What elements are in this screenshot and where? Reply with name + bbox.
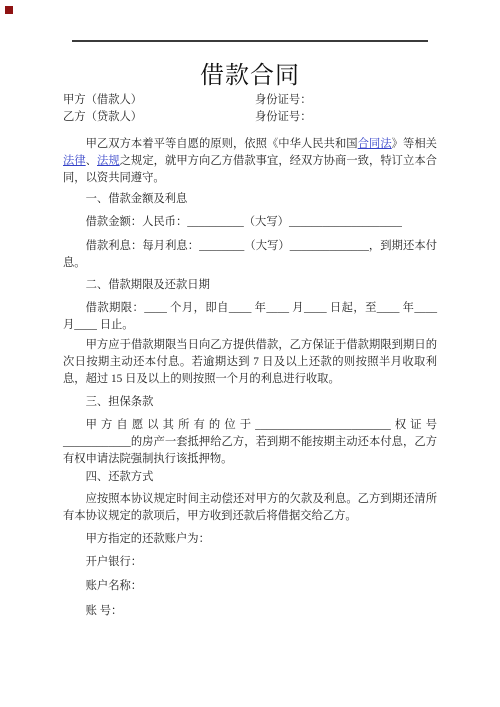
- legal-term-link[interactable]: 法规: [97, 155, 120, 167]
- repayment-obligation-paragraph: 甲方应于借款期限当日向乙方提供借款，乙方保证于借款期限到期日的次日按期主动还本付…: [63, 337, 437, 388]
- party-row-borrower: 甲方（借款人） 身份证号：: [63, 92, 437, 109]
- account-number-line: 账 号：: [63, 603, 437, 620]
- loan-interest-line: 借款利息：每月利息：________（大写）______________，到期还…: [63, 238, 437, 272]
- intro-text-segment: 甲乙双方本着平等自愿的原则，依照《中华人民共和国: [86, 138, 358, 150]
- party-a-id-label: 身份证号：: [255, 92, 312, 109]
- section-1-heading: 一、借款金额及利息: [63, 191, 437, 208]
- document-body: 甲方（借款人） 身份证号： 乙方（贷款人） 身份证号： 甲乙双方本着平等自愿的原…: [0, 92, 500, 620]
- loan-term-line: 借款期限：____ 个月，即自____ 年____ 月____ 日起，至____…: [63, 300, 437, 334]
- header-rule: [72, 40, 428, 42]
- intro-text-segment: 》等相关: [392, 138, 437, 150]
- section-2-heading: 二、借款期限及还款日期: [63, 277, 437, 294]
- party-b-label: 乙方（贷款人）: [63, 111, 142, 123]
- legal-term-link[interactable]: 合同法: [358, 138, 392, 150]
- party-a-label: 甲方（借款人）: [63, 94, 142, 106]
- repayment-account-intro: 甲方指定的还款账户为：: [63, 531, 437, 548]
- document-title: 借款合同: [0, 60, 500, 92]
- section-3-heading: 三、担保条款: [63, 394, 437, 411]
- party-b-id-label: 身份证号：: [255, 109, 312, 126]
- intro-text-segment: 、: [86, 155, 97, 167]
- intro-text-segment: 之规定，就甲方向乙方借款事宜，经双方协商一致，特订立本合同，以资共同遵守。: [63, 155, 437, 184]
- party-row-lender: 乙方（贷款人） 身份证号：: [63, 109, 437, 126]
- repayment-method-paragraph: 应按照本协议规定时间主动偿还对甲方的欠款及利息。乙方到期还清所有本协议规定的款项…: [63, 491, 437, 525]
- loan-amount-line: 借款金额：人民币：__________（大写）_________________…: [63, 214, 437, 231]
- corner-marker: [5, 6, 13, 14]
- legal-term-link[interactable]: 法律: [63, 155, 86, 167]
- bank-line: 开户银行：: [63, 554, 437, 571]
- guarantee-paragraph: 甲方自愿以其所有的位于________________________权证号__…: [63, 417, 437, 468]
- account-name-line: 账户名称：: [63, 578, 437, 595]
- intro-paragraph: 甲乙双方本着平等自愿的原则，依照《中华人民共和国合同法》等相关法律、法规之规定，…: [63, 136, 437, 187]
- contract-document-page: 借款合同 甲方（借款人） 身份证号： 乙方（贷款人） 身份证号： 甲乙双方本着平…: [0, 0, 500, 707]
- section-4-heading: 四、还款方式: [63, 469, 437, 486]
